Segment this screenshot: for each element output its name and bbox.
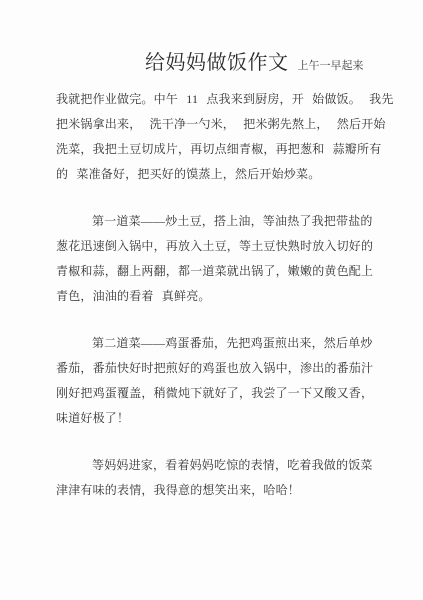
text-line: 的 菜准备好，把买好的馍蒸上，然后开始炒菜。 — [56, 162, 383, 187]
paragraph-container: 我就把作业做完。中午 11 点我来到厨房，开 始做饭。 我先把米锅拿出来， 洗干… — [56, 87, 383, 503]
text-line: 津津有味的表情，我得意的想笑出来，哈哈！ — [56, 478, 383, 503]
title-trailing-text: 上午一早起来 — [298, 60, 364, 72]
document-content: 给妈妈做饭作文上午一早起来 我就把作业做完。中午 11 点我来到厨房，开 始做饭… — [56, 48, 383, 503]
text-line: 第二道菜——鸡蛋番茄，先把鸡蛋煎出来，然后单炒 — [56, 331, 383, 356]
text-line: 我就把作业做完。中午 11 点我来到厨房，开 始做饭。 我先 — [56, 87, 383, 112]
text-line: 番茄，番茄快好时把煎好的鸡蛋也放入锅中，渗出的番茄汁 — [56, 356, 383, 381]
text-line: 洗菜，我把土豆切成片，再切点细青椒，再把葱和 蒜瓣所有 — [56, 137, 383, 162]
essay-paragraph: 第二道菜——鸡蛋番茄，先把鸡蛋煎出来，然后单炒番茄，番茄快好时把煎好的鸡蛋也放入… — [56, 331, 383, 431]
document-page: 给妈妈做饭作文上午一早起来 我就把作业做完。中午 11 点我来到厨房，开 始做饭… — [0, 0, 423, 600]
essay-paragraph: 第一道菜——炒土豆，搭上油，等油热了我把带盐的葱花迅速倒入锅中，再放入土豆，等土… — [56, 209, 383, 309]
essay-paragraph: 我就把作业做完。中午 11 点我来到厨房，开 始做饭。 我先把米锅拿出来， 洗干… — [56, 87, 383, 187]
text-line: 味道好极了！ — [56, 406, 383, 431]
text-line: 等妈妈进家，看着妈妈吃惊的表情，吃着我做的饭菜 — [56, 453, 383, 478]
essay-paragraph: 等妈妈进家，看着妈妈吃惊的表情，吃着我做的饭菜津津有味的表情，我得意的想笑出来，… — [56, 453, 383, 503]
page-title: 给妈妈做饭作文 — [145, 52, 289, 74]
text-line: 刚好把鸡蛋覆盖，稍微炖下就好了，我尝了一下又酸又香， — [56, 381, 383, 406]
text-line: 青椒和蒜，翻上两翻，都一道菜就出锅了，嫩嫩的黄色配上 — [56, 259, 383, 284]
text-line: 葱花迅速倒入锅中，再放入土豆，等土豆快熟时放入切好的 — [56, 234, 383, 259]
text-line: 把米锅拿出来， 洗干净一勺米， 把米粥先熬上， 然后开始 — [56, 112, 383, 137]
title-row: 给妈妈做饭作文上午一早起来 — [56, 48, 383, 81]
text-line: 青色，油油的看着 真鲜亮。 — [56, 284, 383, 309]
text-line: 第一道菜——炒土豆，搭上油，等油热了我把带盐的 — [56, 209, 383, 234]
